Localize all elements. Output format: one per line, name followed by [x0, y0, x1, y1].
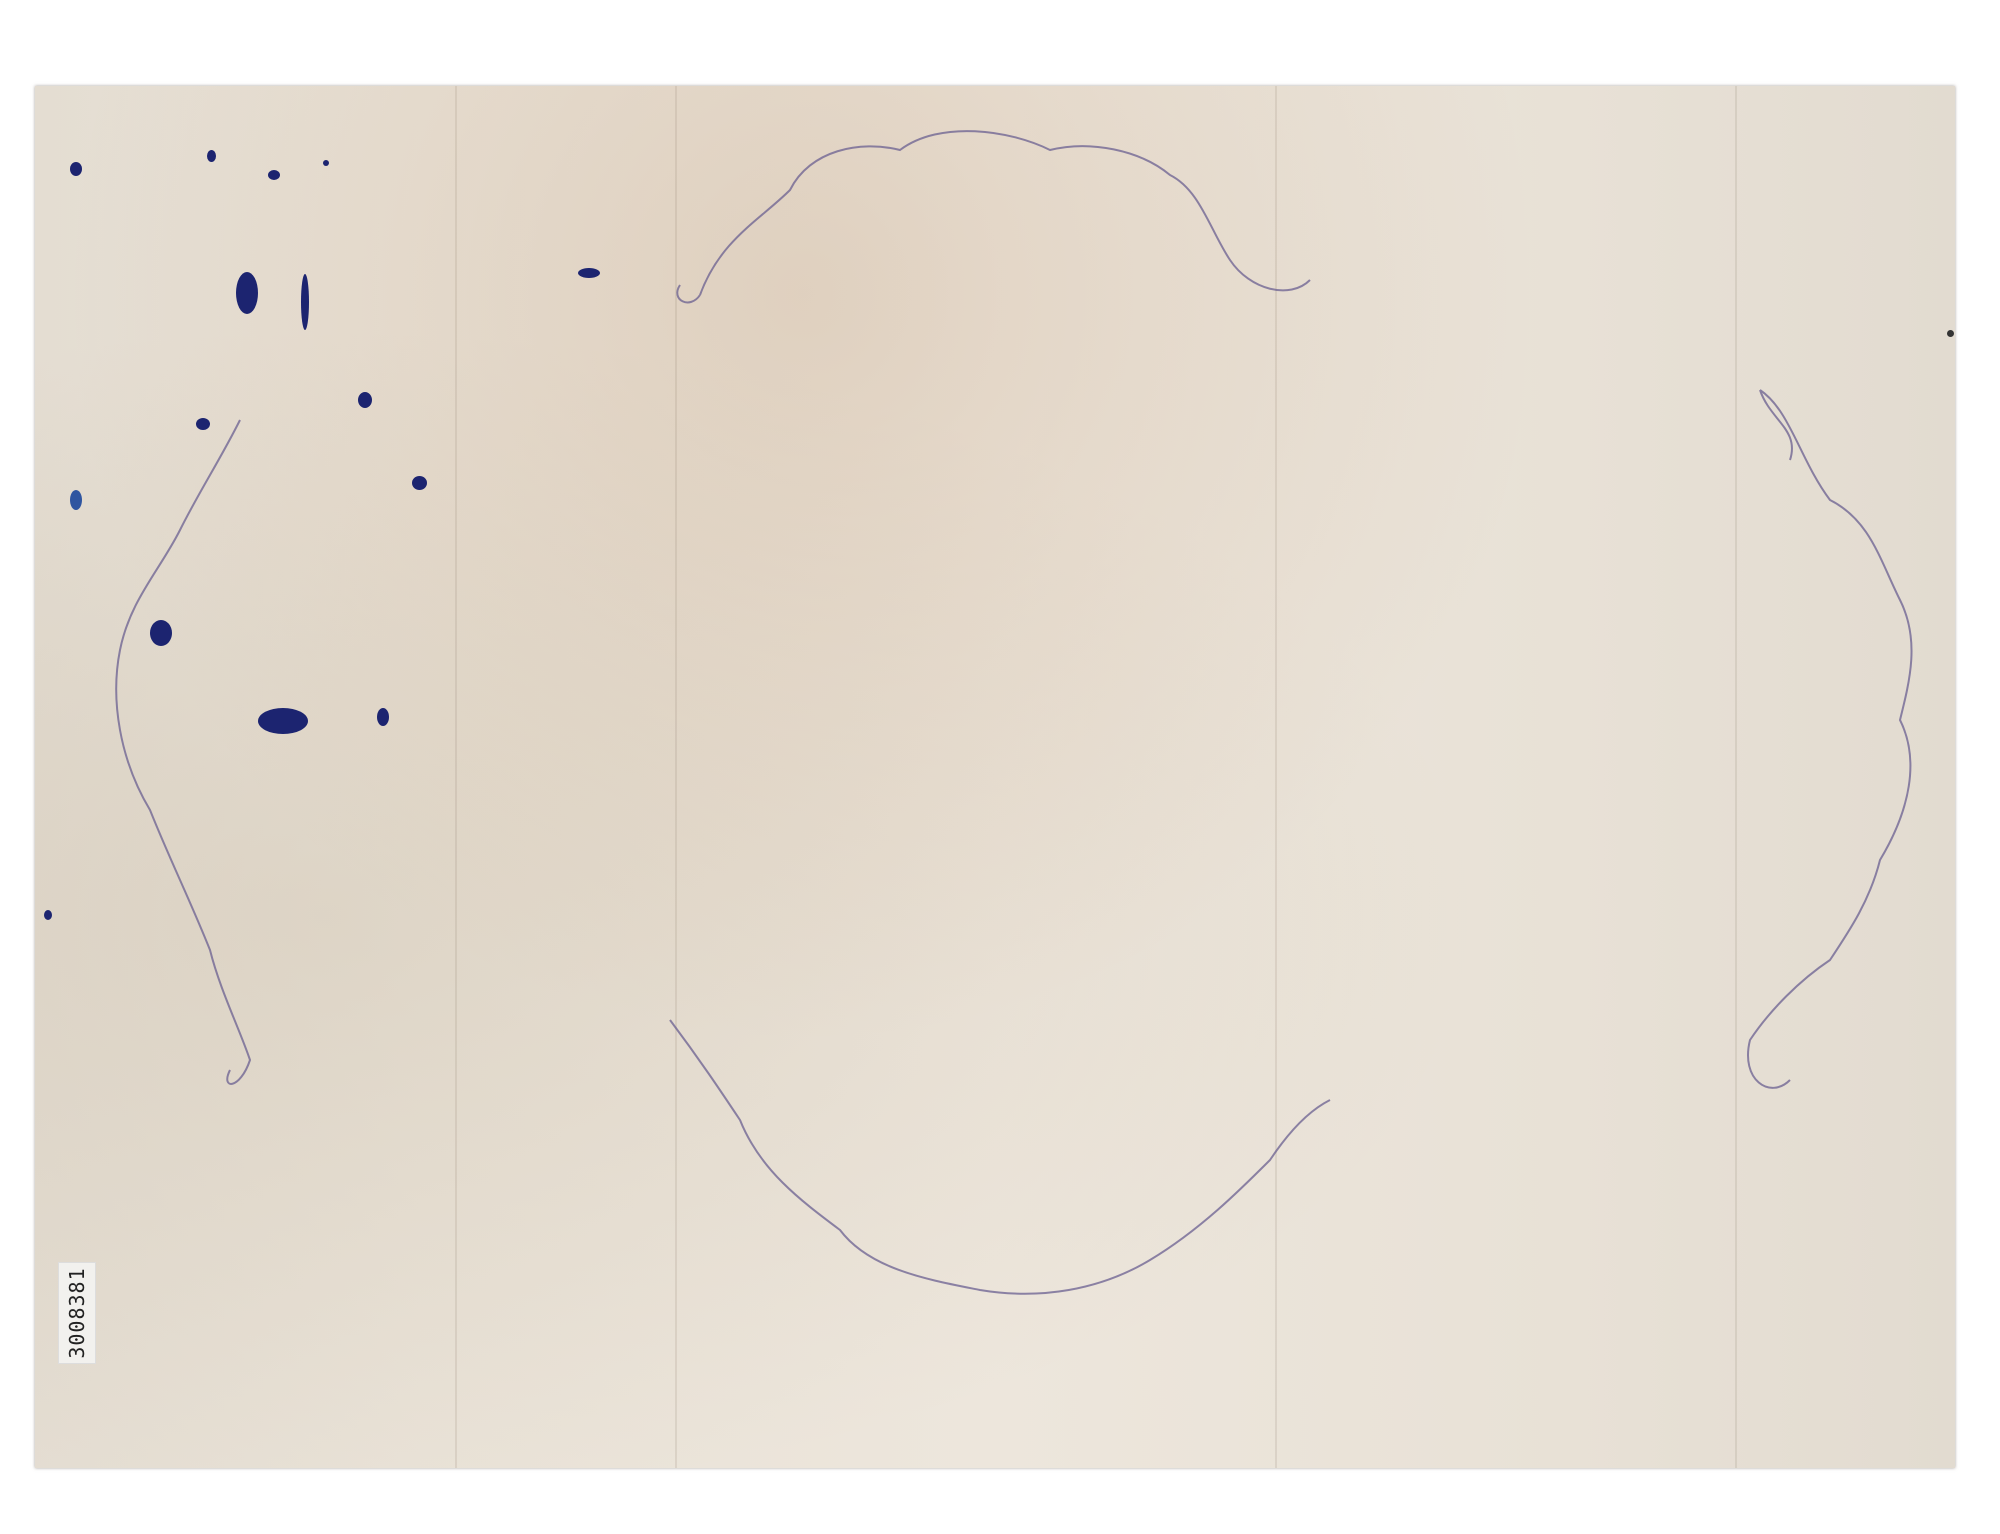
ink-stain: [323, 160, 329, 166]
ink-stain: [258, 708, 308, 734]
ink-stain: [196, 418, 210, 430]
ink-stain: [377, 708, 389, 726]
ink-stain: [1947, 330, 1954, 337]
cartouche-outline: [0, 0, 2000, 1534]
ink-stain: [412, 476, 427, 490]
ink-stain: [70, 162, 82, 176]
ink-stain: [236, 272, 258, 314]
inventory-label: 3008381: [58, 1262, 96, 1364]
ink-stain: [70, 490, 82, 510]
ink-stain: [578, 268, 600, 278]
ink-stain: [301, 274, 309, 330]
ink-stain: [44, 910, 52, 920]
inventory-number: 3008381: [65, 1267, 89, 1358]
ink-stain: [207, 150, 216, 162]
ink-stain: [268, 170, 280, 180]
ink-stain: [358, 392, 372, 408]
ink-stain: [150, 620, 172, 646]
